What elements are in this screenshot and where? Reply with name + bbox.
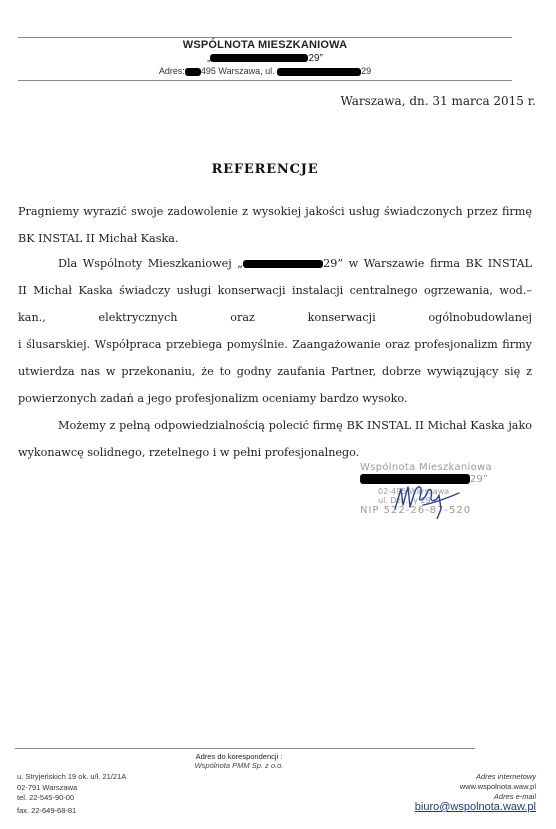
footer-rule (15, 748, 475, 749)
footer-online: Adres internetowy www.wspolnota.waw.pl A… (415, 772, 536, 812)
redaction-block (243, 260, 323, 268)
header-top-rule (18, 37, 512, 38)
footer-contact: u. Stryjeńskich 19 ok. u/ł. 21/21A 02-79… (17, 772, 126, 816)
redaction-block (185, 68, 201, 76)
paragraph-1: Pragniemy wyrazić swoje zadowolenie z wy… (18, 198, 532, 252)
header-bottom-rule (18, 80, 512, 81)
community-address: Adres:495 Warszawa, ul. 29 (0, 66, 530, 76)
paragraph-2: Dla Wspólnoty Mieszkaniowej „29” w Warsz… (18, 250, 532, 412)
footer-street: u. Stryjeńskich 19 ok. u/ł. 21/21A (17, 772, 126, 783)
correspondence-company: Wspólnota PMM Sp. z o.o. (0, 761, 478, 770)
paragraph-3: Możemy z pełną odpowiedzialnością poleci… (18, 412, 532, 466)
redaction-block (277, 68, 361, 76)
email-link[interactable]: biuro@wspolnota.waw.pl (415, 802, 536, 812)
community-name: „29” (0, 53, 530, 64)
footer-phone: tel. 22-545-90-00 (17, 793, 126, 804)
web-link[interactable]: www.wspolnota.waw.pl (415, 782, 536, 792)
signature (393, 479, 463, 519)
footer-city: 02-791 Warszawa (17, 783, 126, 794)
community-title: WSPÓLNOTA MIESZKANIOWA (0, 39, 530, 51)
document-title: REFERENCJE (0, 162, 530, 177)
correspondence-heading: Adres do korespondencji : (0, 752, 478, 761)
redaction-block (210, 54, 308, 62)
web-label: Adres internetowy (415, 772, 536, 782)
footer-fax: fax. 22-649-68-81 (17, 806, 126, 817)
date-line: Warszawa, dn. 31 marca 2015 r. (340, 94, 536, 108)
